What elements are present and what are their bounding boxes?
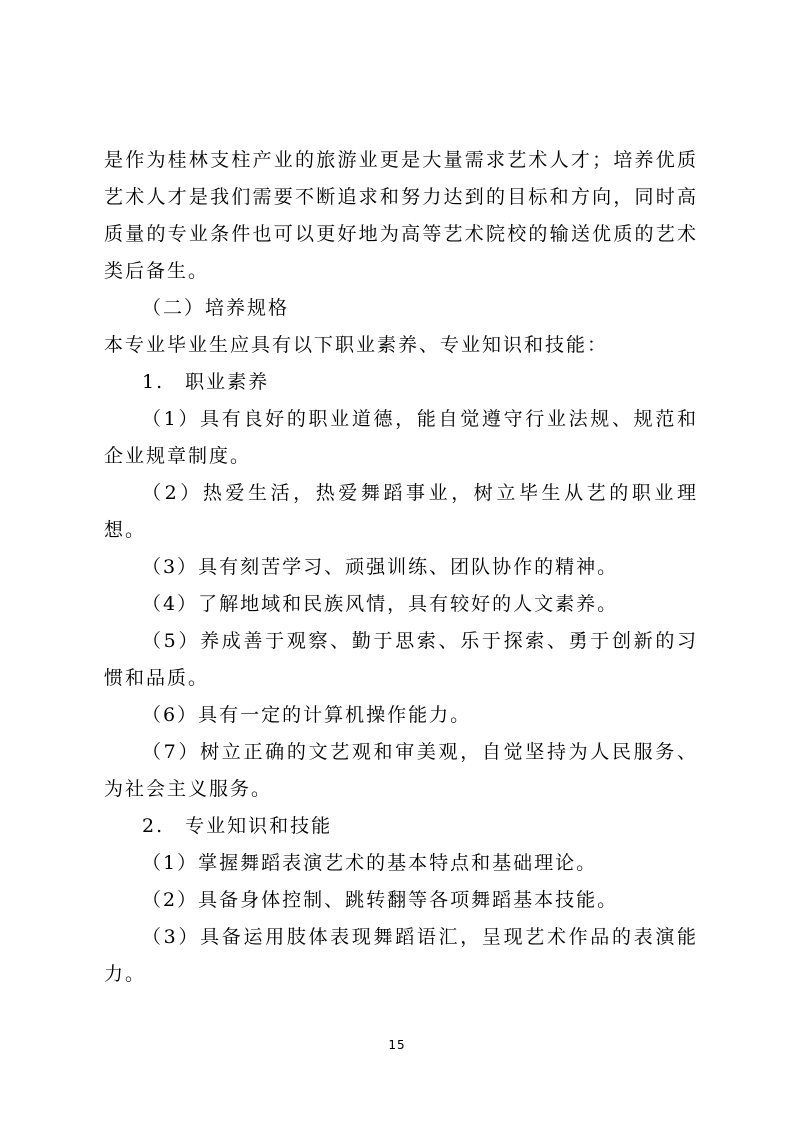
page-number: 15 [0,1038,794,1052]
section-heading: （二）培养规格 [104,290,698,327]
subsection-1-item-5: （5）养成善于观察、勤于思索、乐于探索、勇于创新的习惯和品质。 [104,623,698,697]
subsection-1-item-7: （7）树立正确的文艺观和审美观，自觉坚持为人民服务、为社会主义服务。 [104,734,698,808]
subsection-1-item-3: （3）具有刻苦学习、顽强训练、团队协作的精神。 [104,549,698,586]
subsection-2-item-1: （1）掌握舞蹈表演艺术的基本特点和基础理论。 [104,845,698,882]
subsection-2-heading: 2. 专业知识和技能 [104,808,698,845]
paragraph-continued: 是作为桂林支柱产业的旅游业更是大量需求艺术人才；培养优质艺术人才是我们需要不断追… [104,142,698,290]
document-body: 是作为桂林支柱产业的旅游业更是大量需求艺术人才；培养优质艺术人才是我们需要不断追… [104,142,698,993]
intro-line: 本专业毕业生应具有以下职业素养、专业知识和技能： [104,327,698,364]
subsection-1-item-6: （6）具有一定的计算机操作能力。 [104,697,698,734]
subsection-1-item-4: （4）了解地域和民族风情，具有较好的人文素养。 [104,586,698,623]
subsection-1-heading: 1. 职业素养 [104,364,698,401]
subsection-2-item-2: （2）具备身体控制、跳转翻等各项舞蹈基本技能。 [104,882,698,919]
document-page: 是作为桂林支柱产业的旅游业更是大量需求艺术人才；培养优质艺术人才是我们需要不断追… [0,0,794,1123]
subsection-2-item-3: （3）具备运用肢体表现舞蹈语汇，呈现艺术作品的表演能力。 [104,919,698,993]
subsection-1-item-2: （2）热爱生活，热爱舞蹈事业，树立毕生从艺的职业理想。 [104,475,698,549]
subsection-1-item-1: （1）具有良好的职业道德，能自觉遵守行业法规、规范和企业规章制度。 [104,401,698,475]
